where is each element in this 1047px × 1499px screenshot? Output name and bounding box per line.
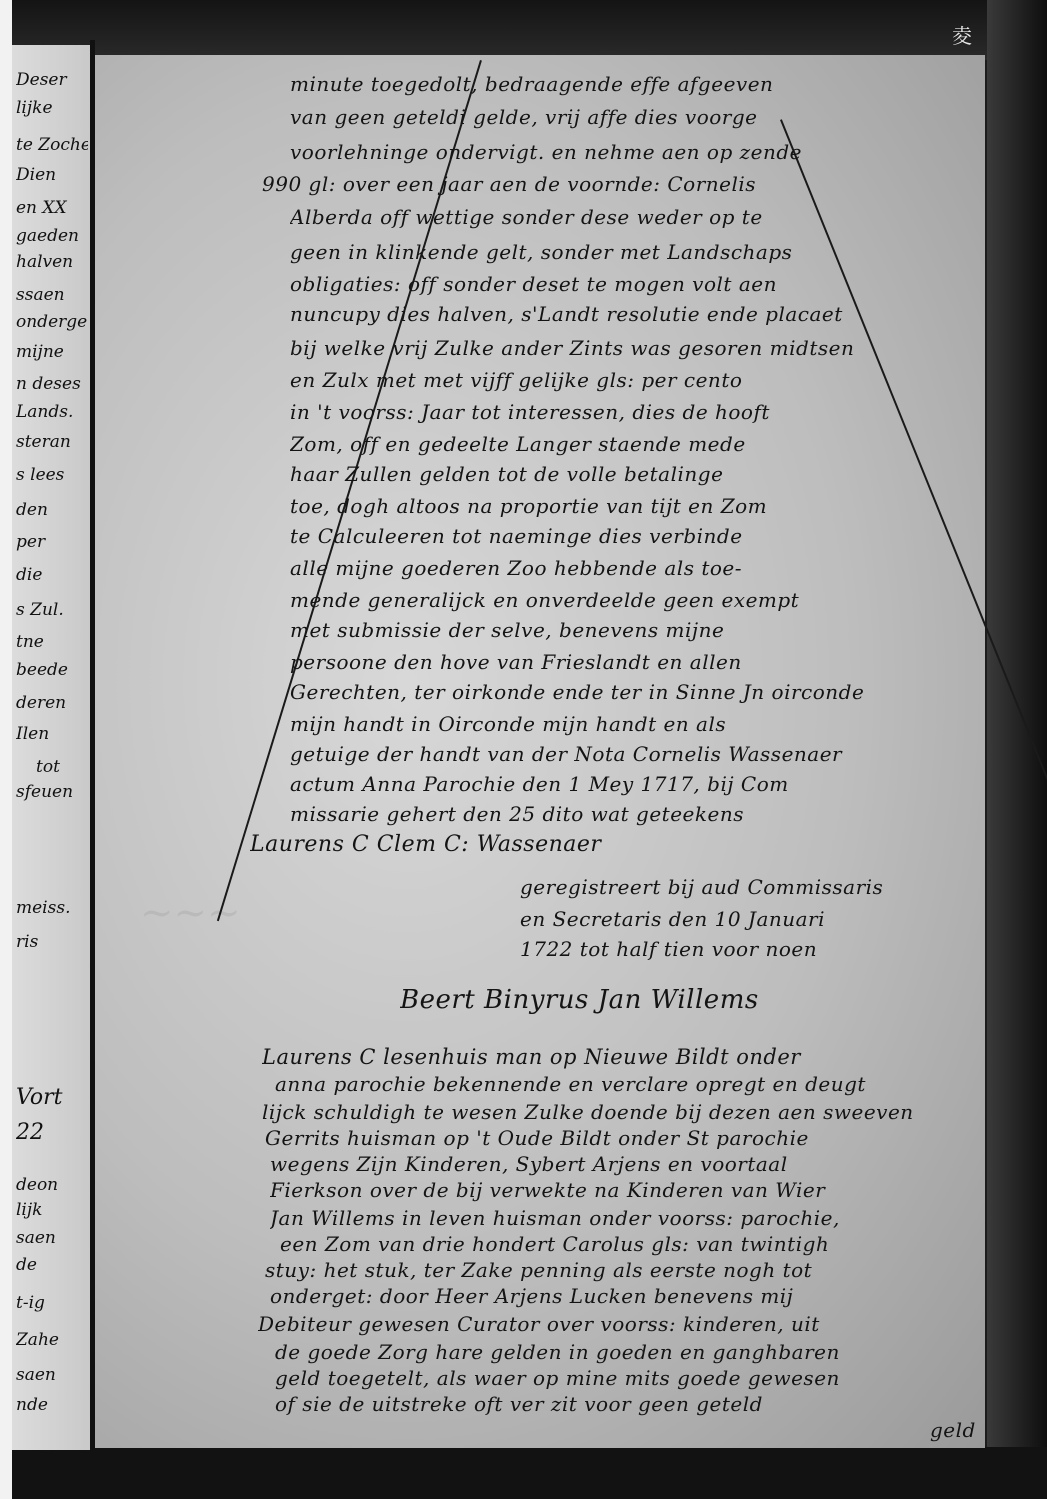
margin-word: Zahe <box>16 1330 88 1350</box>
text-line: in 't voorss: Jaar tot interessen, dies … <box>290 400 980 424</box>
margin-word: en XX <box>16 198 88 218</box>
text-line: actum Anna Parochie den 1 Mey 1717, bij … <box>290 772 980 796</box>
text-line: Debiteur gewesen Curator over voorss: ki… <box>258 1312 983 1336</box>
text-line: en Secretaris den 10 Januari <box>520 907 980 931</box>
margin-word: den <box>16 500 88 520</box>
margin-word: ris <box>16 932 88 952</box>
text-line: wegens Zijn Kinderen, Sybert Arjens en v… <box>270 1152 960 1176</box>
margin-word: n deses <box>16 374 88 394</box>
text-line: Zom, off en gedeelte Langer staende mede <box>290 432 980 456</box>
text-line: geen in klinkende gelt, sonder met Lands… <box>290 240 980 264</box>
text-line: geld <box>930 1418 990 1442</box>
text-line: 1722 tot half tien voor noen <box>520 937 980 961</box>
text-line: te Calculeeren tot naeminge dies verbind… <box>290 524 980 548</box>
text-line: Gerechten, ter oirkonde ende ter in Sinn… <box>290 680 980 704</box>
text-line: nuncupy dies halven, s'Landt resolutie e… <box>290 302 980 326</box>
signatures-line: Beert Binyrus Jan Willems <box>400 985 980 1015</box>
signature-line: Laurens C Clem C: Wassenaer <box>250 832 940 857</box>
faded-bleed-through-text: ~~~ <box>140 890 420 960</box>
margin-word: deren <box>16 693 88 713</box>
text-line: van geen geteldi gelde, vrij affe dies v… <box>290 105 980 129</box>
text-line: anna parochie bekennende en verclare opr… <box>275 1072 965 1096</box>
text-line: toe, dogh altoos na proportie van tijt e… <box>290 494 980 518</box>
margin-word: meiss. <box>16 898 88 918</box>
margin-word: per <box>16 532 88 552</box>
text-line: voorlehninge ondervigt. en nehme aen op … <box>290 140 980 164</box>
margin-word: te Zochen <box>16 135 88 155</box>
text-line: mijn handt in Oirconde mijn handt en als <box>290 712 980 736</box>
margin-word: sfeuen <box>16 782 88 802</box>
margin-word: gaeden <box>16 226 88 246</box>
margin-word: lijk <box>16 1200 88 1220</box>
text-line: Jan Willems in leven huisman onder voors… <box>270 1206 960 1230</box>
text-line: onderget: door Heer Arjens Lucken beneve… <box>270 1284 960 1308</box>
text-line: bij welke vrij Zulke ander Zints was ges… <box>290 336 980 360</box>
margin-word: s Zul. <box>16 600 88 620</box>
text-line: of sie de uitstreke oft ver zit voor gee… <box>275 1392 965 1416</box>
margin-word: t-ig <box>16 1293 88 1313</box>
text-line: de goede Zorg hare gelden in goeden en g… <box>275 1340 965 1364</box>
margin-word: de <box>16 1255 88 1275</box>
margin-word: lijke <box>16 98 88 118</box>
text-line: geregistreert bij aud Commissaris <box>520 875 980 899</box>
text-line: Fierkson over de bij verwekte na Kindere… <box>270 1178 960 1202</box>
text-line: getuige der handt van der Nota Cornelis … <box>290 742 980 766</box>
text-line: alle mijne goederen Zoo hebbende als toe… <box>290 556 980 580</box>
text-line: een Zom van drie hondert Carolus gls: va… <box>280 1232 970 1256</box>
text-line: 990 gl: over een jaar aen de voornde: Co… <box>262 172 952 196</box>
margin-word: Dien <box>16 165 88 185</box>
margin-word: ssaen <box>16 285 88 305</box>
text-line: mende generalijck en onverdeelde geen ex… <box>290 588 980 612</box>
corner-stamp-mark: 夌 <box>952 20 972 49</box>
margin-word: halven <box>16 252 88 272</box>
text-line: persoone den hove van Frieslandt en alle… <box>290 650 980 674</box>
margin-word: ondergeteekt. <box>16 312 88 332</box>
margin-word: mijne <box>16 342 88 362</box>
scan-left-edge <box>0 0 12 1499</box>
scan-top-border <box>0 0 1047 60</box>
margin-word: tot <box>36 757 108 777</box>
scan-right-border <box>987 0 1047 1499</box>
margin-word: Lands. <box>16 402 88 422</box>
margin-word: nde <box>16 1395 88 1415</box>
text-line: missarie gehert den 25 dito wat geteeken… <box>290 802 980 826</box>
margin-word: Vort <box>16 1085 88 1110</box>
margin-word: saen <box>16 1228 88 1248</box>
margin-word: Ilen <box>16 724 88 744</box>
text-line: obligaties: off sonder deset te mogen vo… <box>290 272 980 296</box>
text-line: minute toegedolt, bedraagende effe afgee… <box>290 72 980 96</box>
text-line: stuy: het stuk, ter Zake penning als eer… <box>265 1258 955 1282</box>
margin-word: saen <box>16 1365 88 1385</box>
text-line: Gerrits huisman op 't Oude Bildt onder S… <box>265 1126 955 1150</box>
margin-word: 22 <box>16 1120 88 1145</box>
text-line: haar Zullen gelden tot de volle betaling… <box>290 462 980 486</box>
text-line: en Zulx met met vijff gelijke gls: per c… <box>290 368 980 392</box>
margin-word: beede <box>16 660 88 680</box>
text-line: lijck schuldigh te wesen Zulke doende bi… <box>262 1100 982 1124</box>
text-line: Laurens C lesenhuis man op Nieuwe Bildt … <box>262 1045 982 1069</box>
scan-bottom-border <box>0 1447 1047 1499</box>
margin-word: Deser <box>16 70 88 90</box>
margin-word: tne <box>16 632 88 652</box>
margin-word: deon <box>16 1175 88 1195</box>
margin-word: s lees <box>16 465 88 485</box>
margin-word: steran <box>16 432 88 452</box>
text-line: geld toegetelt, als waer op mine mits go… <box>275 1366 965 1390</box>
margin-word: die <box>16 565 88 585</box>
text-line: met submissie der selve, benevens mijne <box>290 618 980 642</box>
text-line: Alberda off wettige sonder dese weder op… <box>290 205 980 229</box>
